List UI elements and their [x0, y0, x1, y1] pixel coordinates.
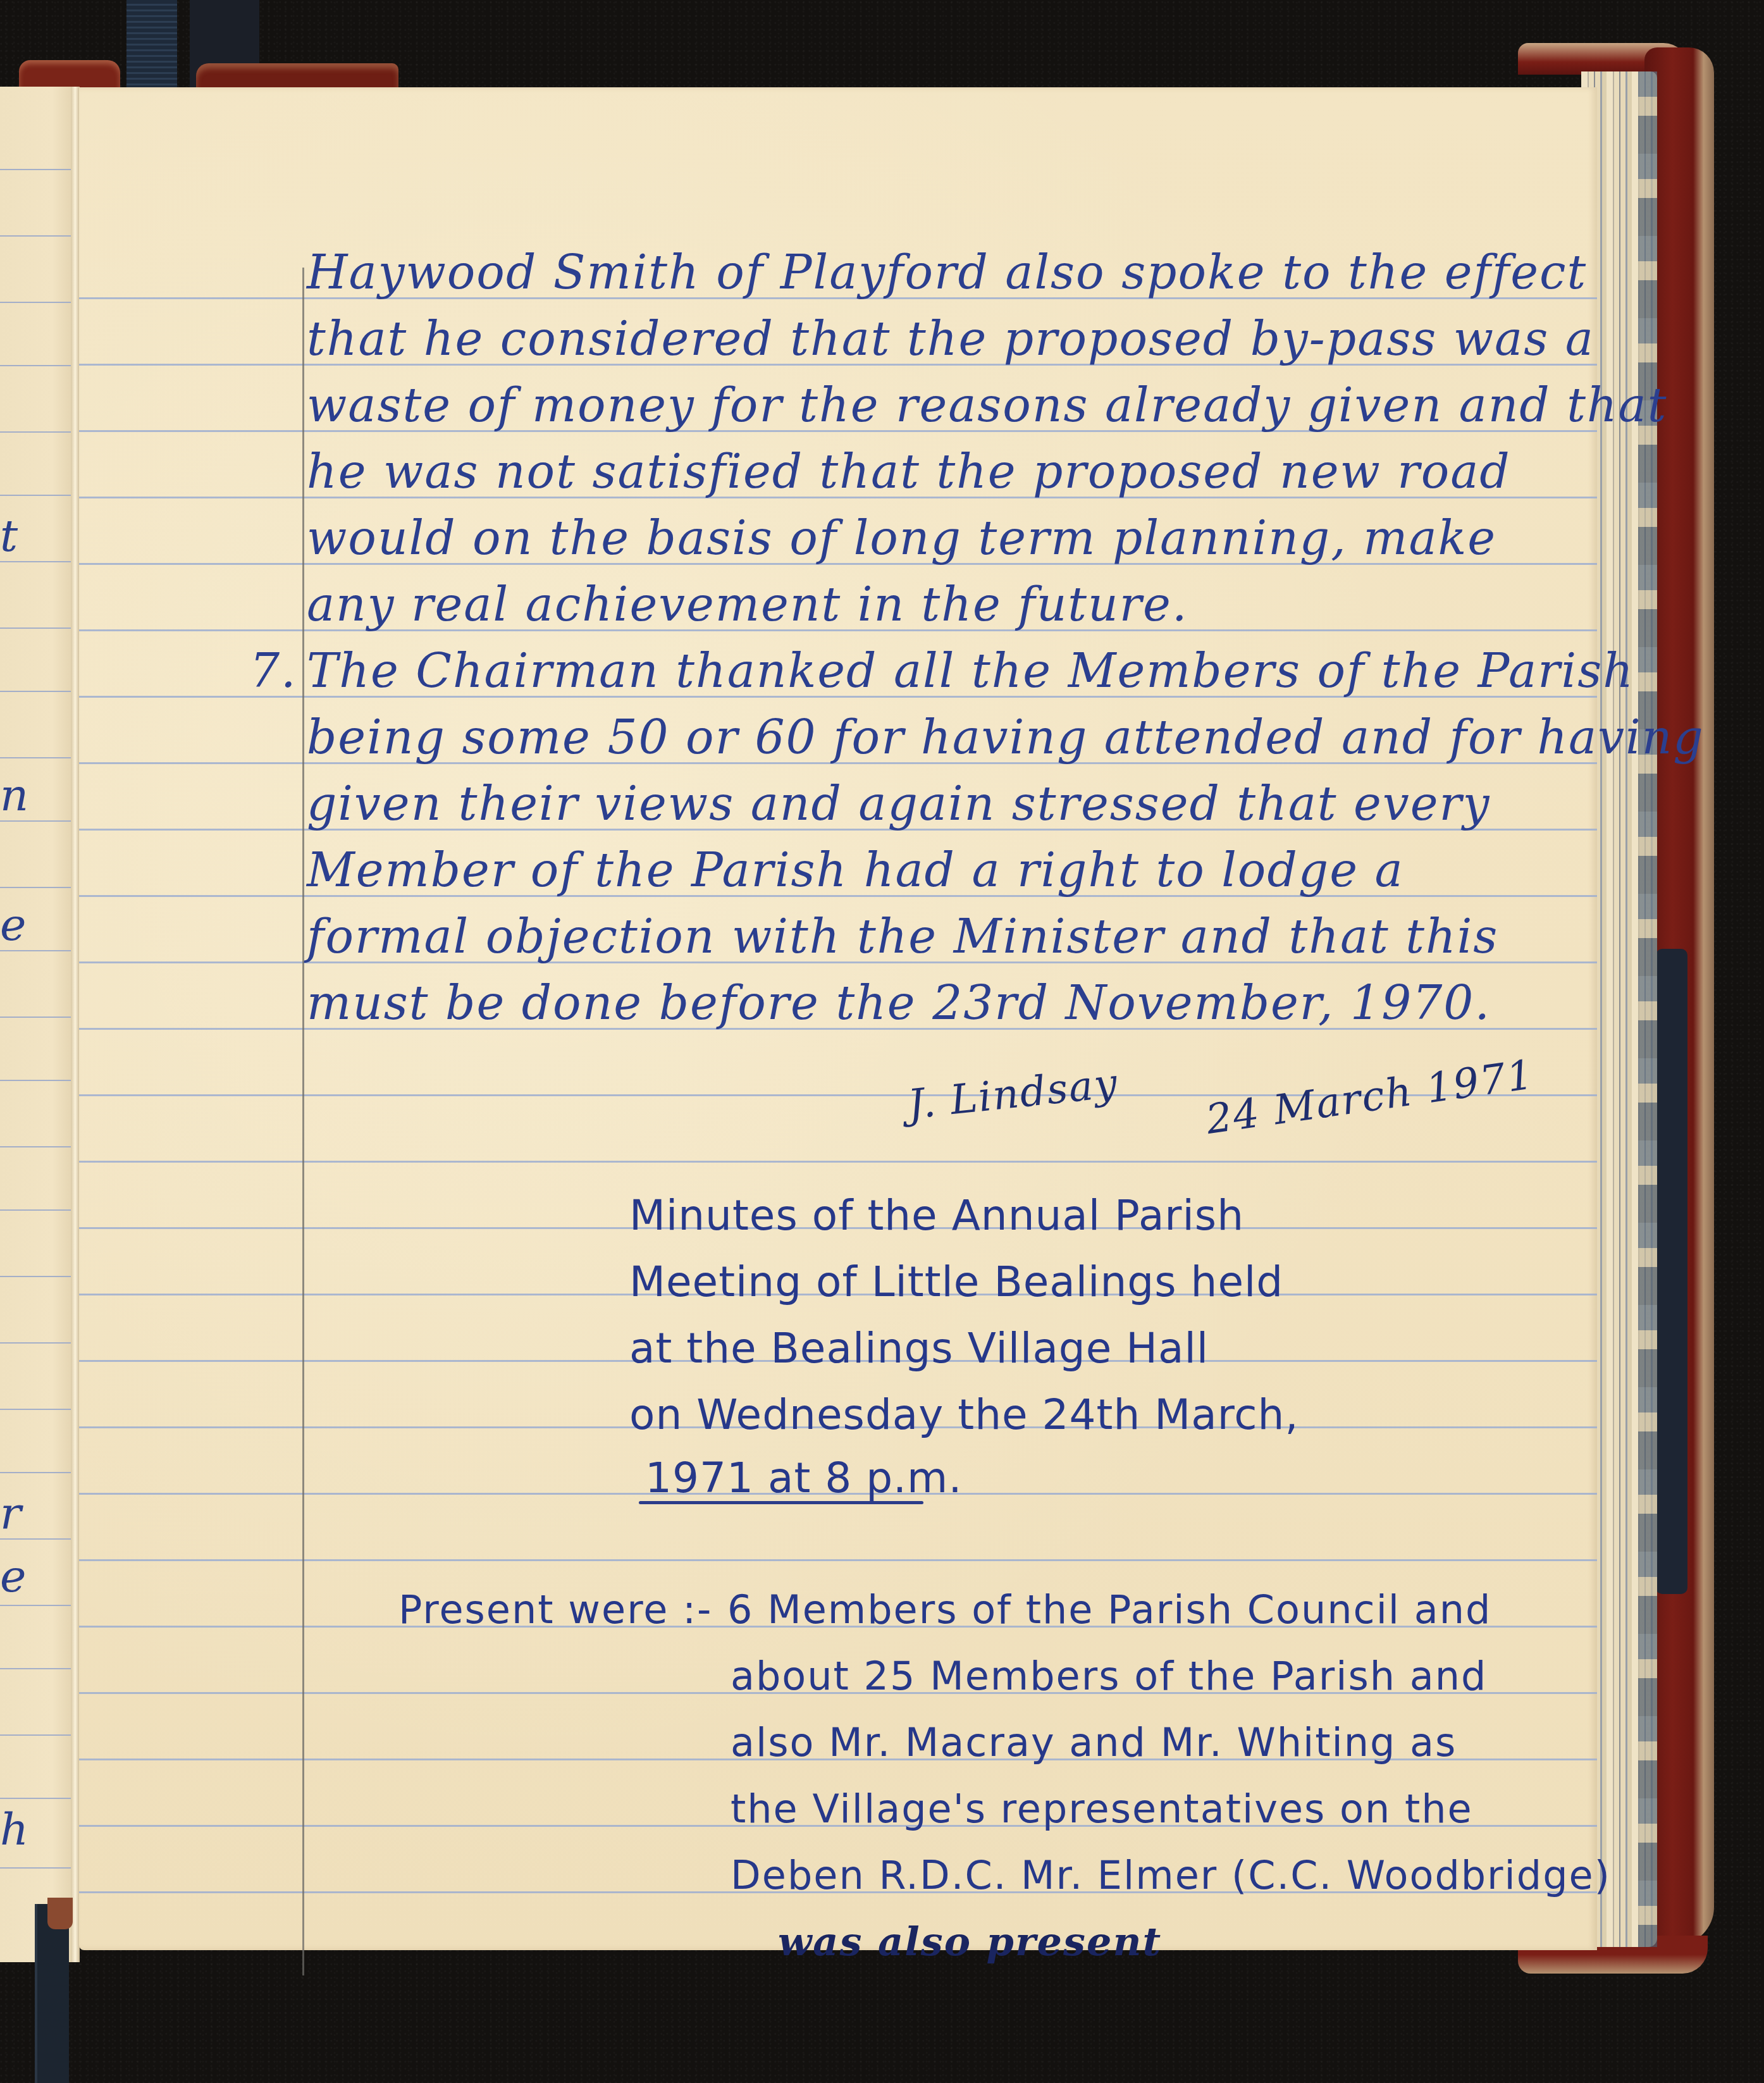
heading-underline	[639, 1501, 923, 1504]
ruled-line	[0, 1017, 75, 1018]
signature-date: 24 March 1971	[1203, 1051, 1537, 1144]
left-page-text-fragment: e	[0, 1554, 26, 1598]
minutes-text-line: given their views and again stressed tha…	[307, 777, 1491, 831]
left-page-text-fragment: t	[0, 514, 18, 558]
ruled-line	[0, 1209, 75, 1211]
bookmark-ribbon	[35, 1904, 69, 2083]
ruled-line	[0, 1734, 75, 1736]
left-page-fragment: t n e r e h	[0, 87, 75, 1962]
present-label: Present were :-	[398, 1586, 712, 1633]
minutes-text-line: would on the basis of long term planning…	[307, 511, 1496, 566]
item-number: 7.	[250, 644, 297, 698]
book-gutter	[71, 87, 80, 1962]
binding-cloth-patch	[1656, 949, 1687, 1594]
attendance-line: Deben R.D.C. Mr. Elmer (C.C. Woodbridge)	[731, 1852, 1611, 1898]
attendance-line: 6 Members of the Parish Council and	[727, 1586, 1491, 1633]
minutes-heading-line: Minutes of the Annual Parish	[629, 1191, 1244, 1240]
book-spine-strip	[126, 0, 177, 89]
attendance-addendum: was also present	[778, 1919, 1162, 1965]
ruled-line	[0, 1342, 75, 1344]
minutes-heading-line: on Wednesday the 24th March,	[629, 1390, 1298, 1439]
minutes-text-line: must be done before the 23rd November, 1…	[307, 976, 1491, 1030]
minutes-heading-line: 1971 at 8 p.m.	[645, 1454, 962, 1502]
ruled-line	[0, 691, 75, 692]
ruled-line	[0, 1668, 75, 1669]
ruled-line	[79, 1559, 1597, 1561]
ruled-line	[0, 365, 75, 366]
ruled-line	[0, 757, 75, 758]
minutes-text-line: The Chairman thanked all the Members of …	[307, 644, 1634, 698]
chairman-signature: J. Lindsay	[906, 1060, 1121, 1128]
ruled-line	[0, 1409, 75, 1410]
ruled-line	[79, 1161, 1597, 1163]
ruled-line	[0, 431, 75, 433]
ruled-line	[0, 627, 75, 629]
left-page-text-fragment: h	[0, 1807, 28, 1851]
minutes-text-line: Member of the Parish had a right to lodg…	[307, 843, 1404, 898]
minutes-text-line: being some 50 or 60 for having attended …	[307, 710, 1705, 765]
ruled-line	[0, 887, 75, 888]
torn-cover-edge	[47, 1898, 73, 1929]
ruled-line	[0, 1605, 75, 1606]
attendance-line: about 25 Members of the Parish and	[731, 1653, 1487, 1699]
attendance-line: also Mr. Macray and Mr. Whiting as	[731, 1719, 1457, 1765]
margin-line	[302, 268, 304, 1975]
minutes-heading-line: at the Bealings Village Hall	[629, 1324, 1209, 1373]
left-page-text-fragment: n	[0, 773, 28, 817]
ruled-line	[0, 1798, 75, 1799]
ruled-line	[0, 235, 75, 237]
ruled-line	[0, 1080, 75, 1081]
minutes-text-line: formal objection with the Minister and t…	[307, 910, 1498, 964]
minutes-text-line: any real achievement in the future.	[307, 578, 1188, 632]
ruled-line	[0, 1867, 75, 1869]
ruled-line	[0, 169, 75, 170]
minutes-page: Haywood Smith of Playford also spoke to …	[79, 87, 1597, 1950]
minutes-text-line: waste of money for the reasons already g…	[307, 378, 1667, 433]
left-page-text-fragment: e	[0, 903, 26, 947]
minutes-text-line: Haywood Smith of Playford also spoke to …	[307, 245, 1587, 300]
minutes-text-line: he was not satisfied that the proposed n…	[307, 445, 1511, 499]
ruled-line	[0, 302, 75, 303]
left-page-text-fragment: r	[0, 1491, 21, 1535]
attendance-line: the Village's representatives on the	[731, 1786, 1473, 1832]
ruled-line	[0, 1276, 75, 1277]
ruled-line	[0, 1146, 75, 1147]
ruled-line	[0, 495, 75, 496]
ruled-line	[0, 1472, 75, 1473]
minutes-text-line: that he considered that the proposed by-…	[307, 312, 1594, 366]
minutes-heading-line: Meeting of Little Bealings held	[629, 1258, 1283, 1306]
